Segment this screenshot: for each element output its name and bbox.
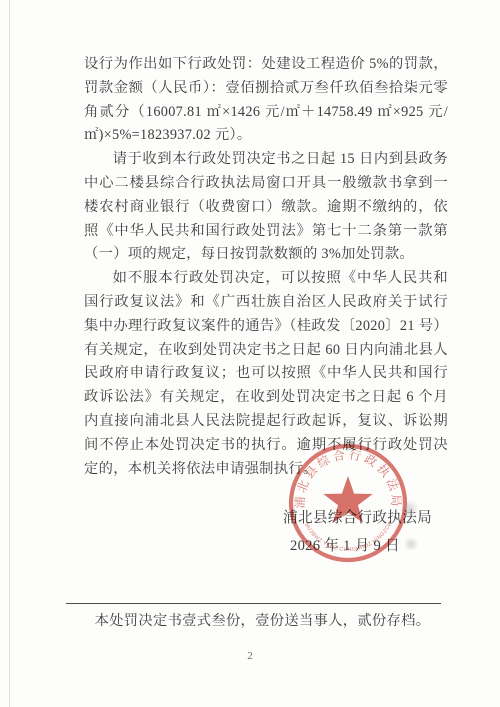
page-number: 2 <box>0 650 500 662</box>
footer-divider <box>66 603 441 604</box>
official-seal: 浦北县综合行政执法局 BUJBWZ YENZ CUNGHHOZ HINGZCWN… <box>286 441 410 565</box>
paragraph-payment-instructions: 请于收到本行政处罚决定书之日起 15 日内到县政务中心二楼县综合行政执法局窗口开… <box>84 148 448 267</box>
scan-smudge <box>398 500 420 518</box>
seal-star-icon <box>323 476 372 523</box>
footer-distribution-note: 本处罚决定书壹式叁份，壹份送当事人，贰份存档。 <box>66 610 441 632</box>
scan-page-edge <box>9 0 10 707</box>
scan-smudge <box>402 538 420 550</box>
paragraph-penalty-amount: 设行为作出如下行政处罚：处建设工程造价 5%的罚款，罚款金额（人民币）：壹佰捌拾… <box>84 53 448 148</box>
